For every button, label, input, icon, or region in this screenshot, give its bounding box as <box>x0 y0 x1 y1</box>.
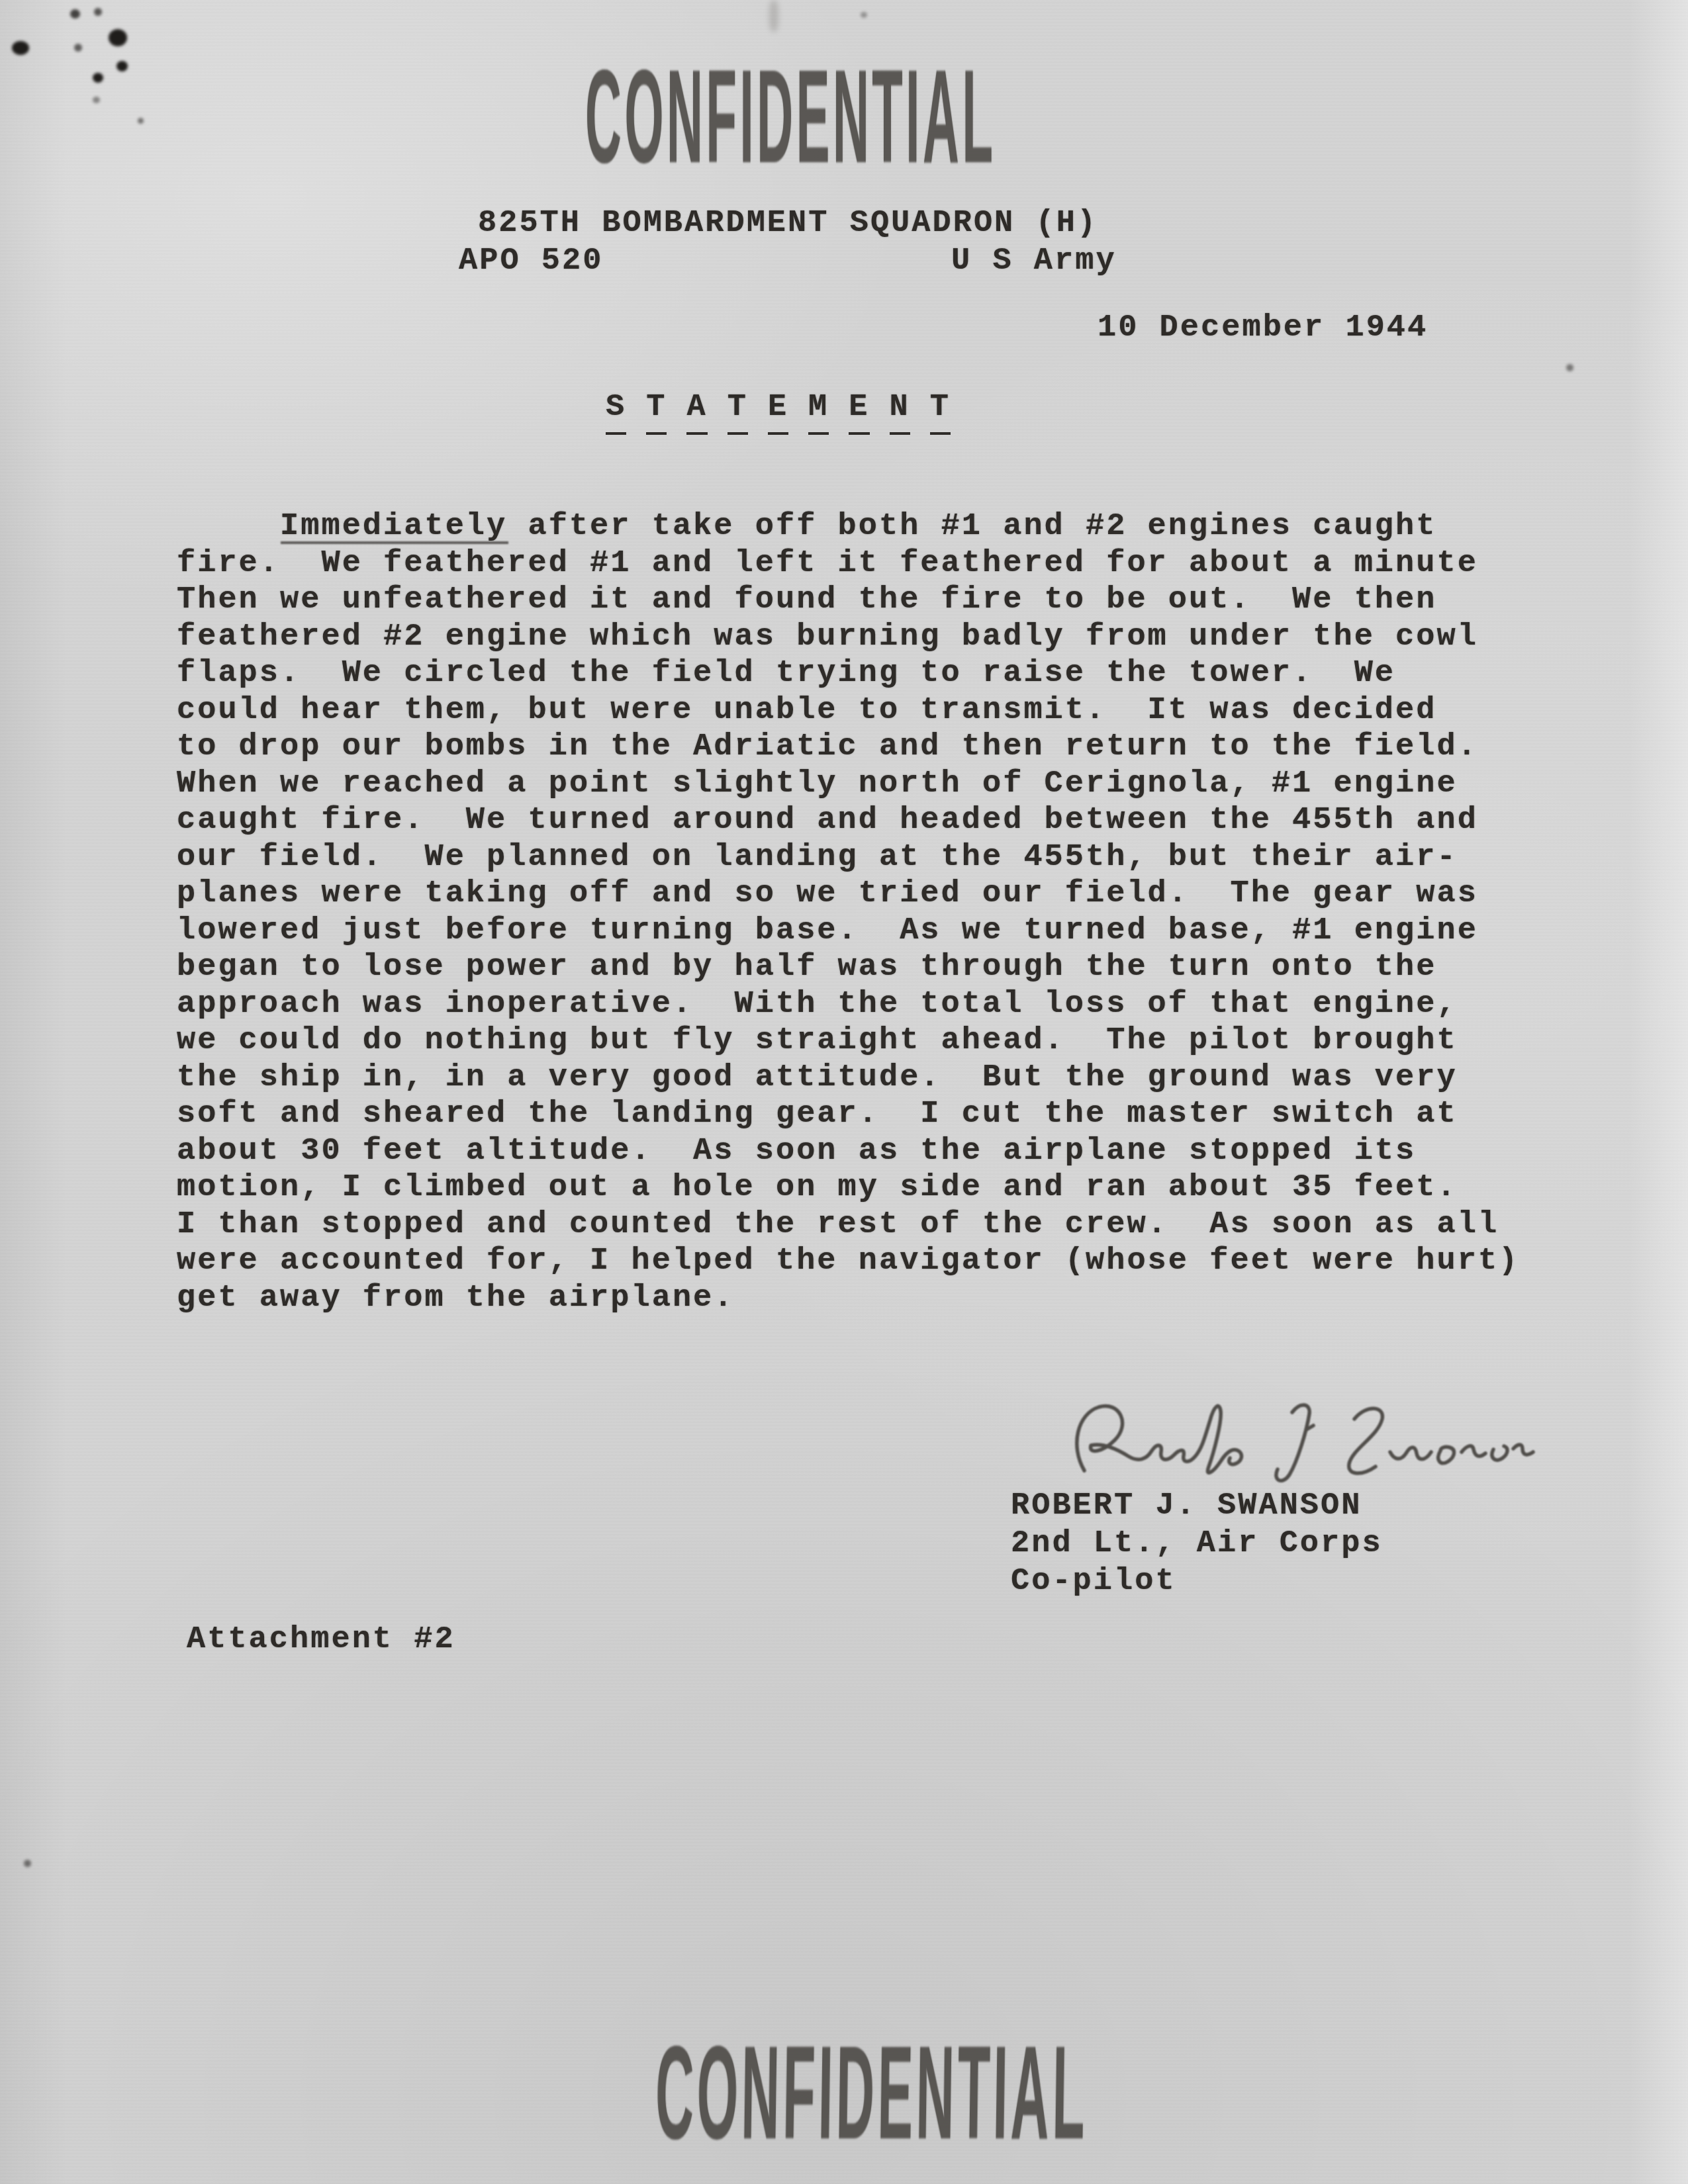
confidential-stamp-top: CONFIDENTIAL <box>585 41 996 193</box>
underline-artifact <box>281 541 508 544</box>
ink-speck <box>12 41 29 55</box>
ink-speck <box>24 1860 31 1867</box>
ink-speck <box>1566 364 1573 371</box>
ink-speck <box>861 12 867 18</box>
signer-rank: 2nd Lt., Air Corps <box>1011 1525 1383 1563</box>
signer-position: Co-pilot <box>1011 1563 1176 1600</box>
unit-name: 825TH BOMBARDMENT SQUADRON (H) <box>478 205 1098 242</box>
ink-speck <box>93 73 103 83</box>
apo-number: APO 520 <box>459 243 603 280</box>
scanned-document-page: CONFIDENTIAL 825TH BOMBARDMENT SQUADRON … <box>0 0 1688 2184</box>
handwritten-signature <box>1059 1363 1562 1502</box>
signer-name: ROBERT J. SWANSON <box>1011 1488 1362 1525</box>
attachment-note: Attachment #2 <box>187 1621 455 1659</box>
ink-speck <box>117 61 128 71</box>
ink-speck <box>138 118 144 124</box>
signature-script-icon <box>1059 1363 1562 1502</box>
army-branch: U S Army <box>951 243 1117 280</box>
ink-speck <box>94 8 102 16</box>
statement-body: Immediately after take off both #1 and #… <box>177 508 1519 1316</box>
ink-speck <box>93 97 100 103</box>
statement-title: STATEMENT <box>606 389 970 435</box>
ink-speck <box>109 29 127 46</box>
ink-speck <box>74 44 82 52</box>
document-date: 10 December 1944 <box>1098 310 1428 347</box>
confidential-stamp-bottom: CONFIDENTIAL <box>655 2017 1089 2169</box>
ink-speck <box>70 9 80 19</box>
scan-smudge <box>769 0 778 32</box>
